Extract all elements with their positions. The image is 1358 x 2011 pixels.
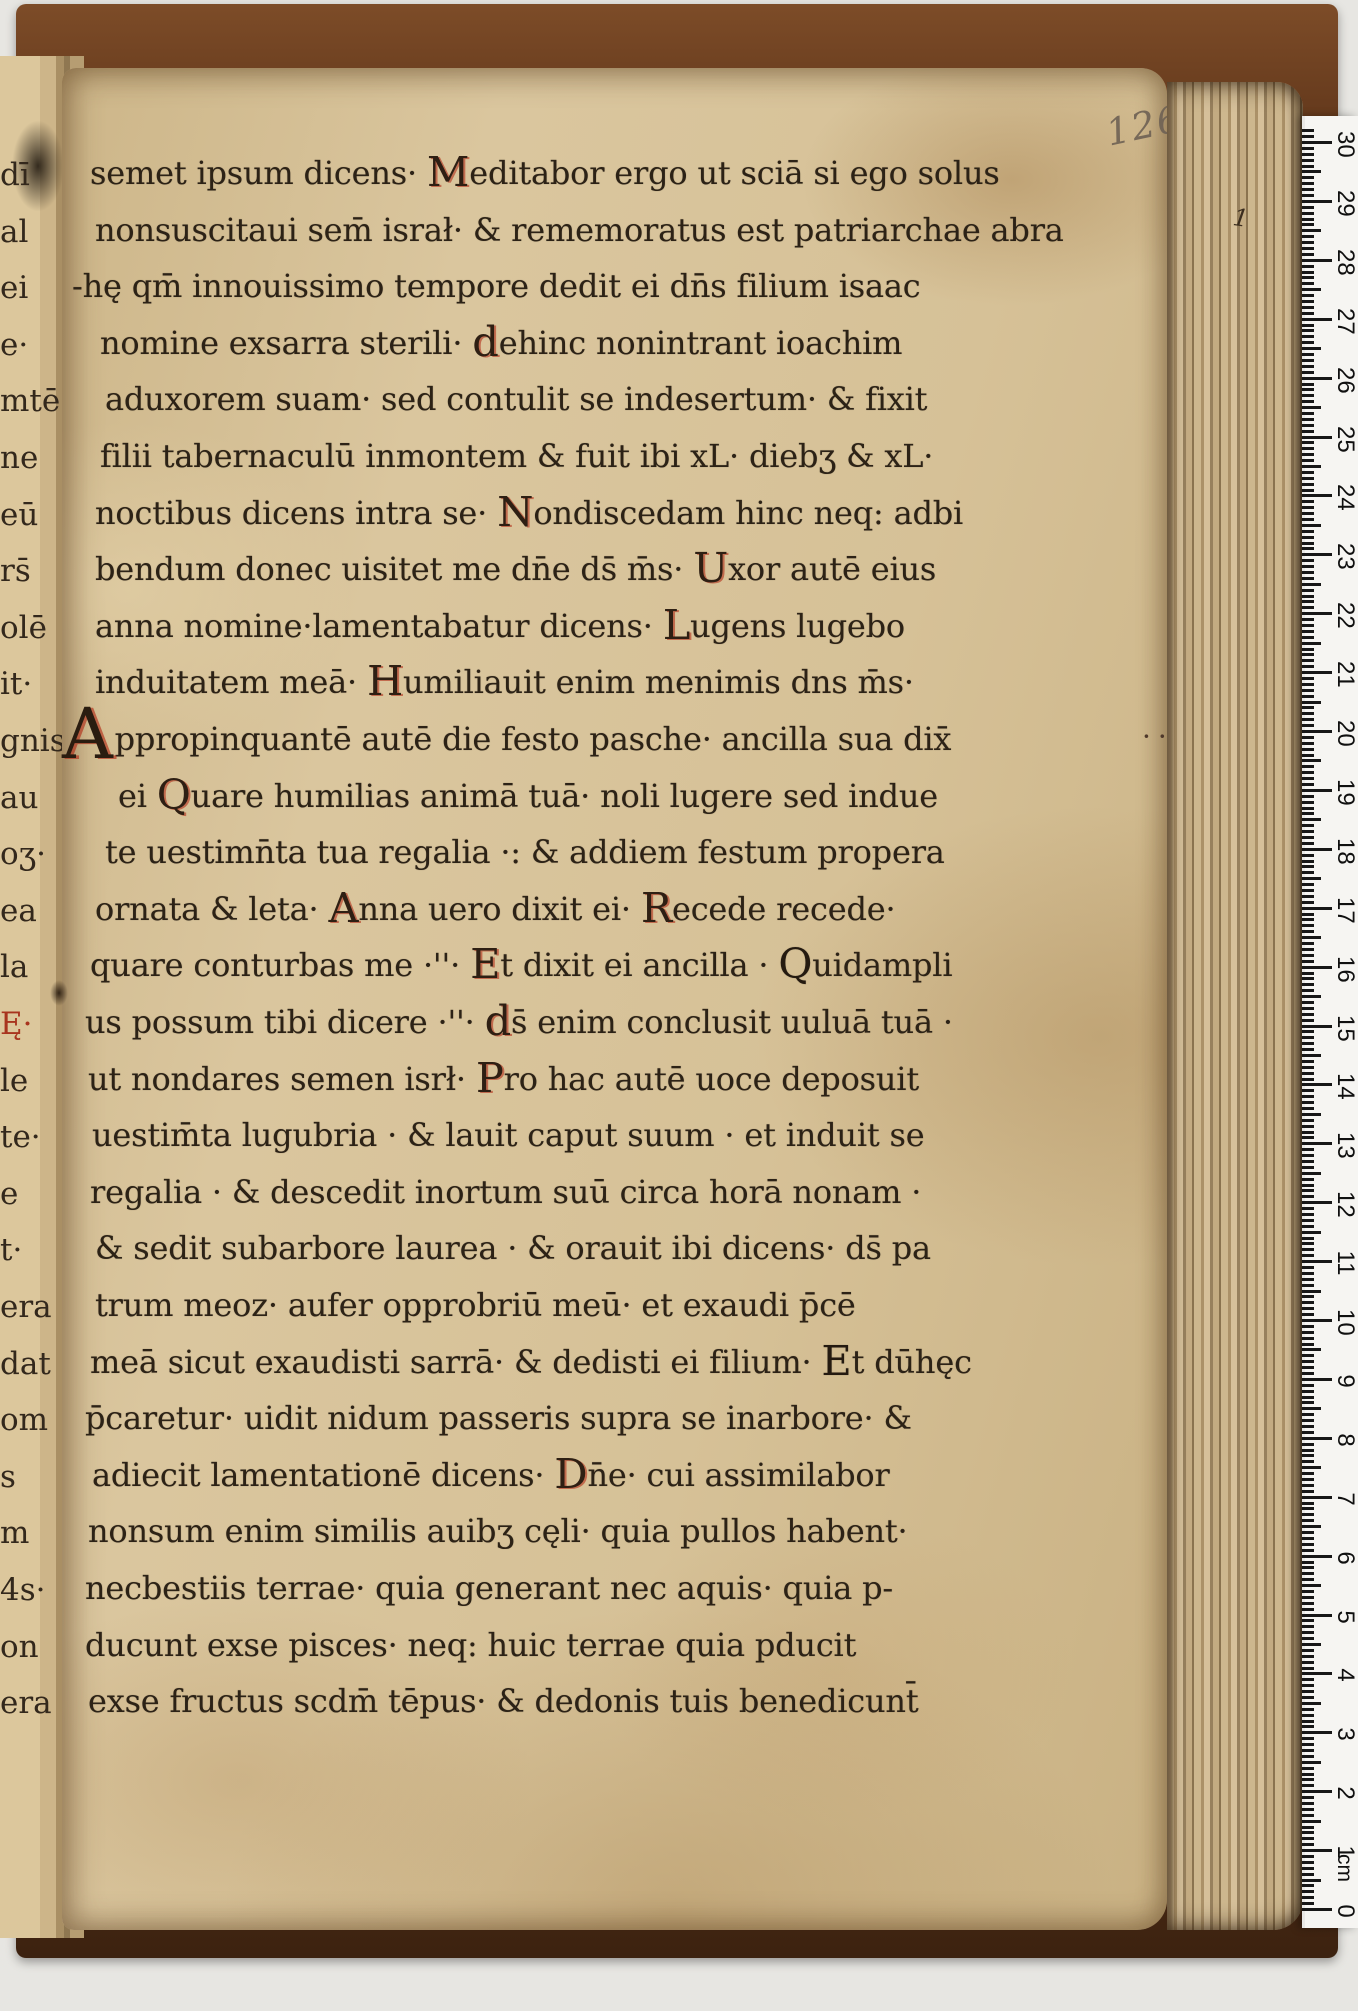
ruler-tick	[1302, 1720, 1314, 1723]
initial-letter: d	[485, 996, 511, 1045]
ruler-tick	[1302, 394, 1314, 397]
ruler-cm-label: 3	[1333, 1721, 1357, 1747]
ruler-tick	[1302, 170, 1321, 173]
ruler-tick	[1302, 1089, 1314, 1092]
manuscript-line: filii tabernaculū inmontem & fuit ibi xL…	[100, 433, 933, 489]
line-text: n̄e· cui assimilabor	[587, 1456, 889, 1494]
line-text: ondiscedam hinc neq: adbi	[533, 494, 963, 532]
ruler-tick	[1302, 1490, 1314, 1493]
ruler-tick	[1302, 1631, 1314, 1634]
edge-text-fragment: gnis	[0, 726, 48, 757]
ruler-tick	[1302, 1784, 1314, 1787]
ruler-tick	[1302, 1725, 1314, 1728]
ruler-tick	[1302, 1184, 1314, 1187]
ruler-tick	[1302, 1684, 1314, 1687]
ruler-tick	[1302, 1796, 1314, 1799]
ruler-tick	[1302, 1366, 1314, 1369]
ruler-tick	[1302, 1242, 1314, 1245]
ruler-tick	[1302, 536, 1314, 539]
ruler-tick	[1302, 1637, 1314, 1640]
ruler-cm-label: 17	[1333, 897, 1357, 923]
ruler-tick	[1302, 441, 1314, 444]
ruler-cm-label: 2	[1333, 1780, 1357, 1806]
ruler-tick	[1302, 1519, 1314, 1522]
ruler-tick	[1302, 430, 1314, 433]
ruler-tick	[1302, 1343, 1314, 1346]
manuscript-line: necbestiis terrae· quia generant nec aqu…	[85, 1565, 893, 1621]
ruler-tick	[1302, 1454, 1314, 1457]
manuscript-line: induitatem meā· Humiliauit enim menimis …	[95, 659, 914, 715]
ruler-tick	[1302, 1773, 1314, 1776]
ruler-tick	[1302, 371, 1314, 374]
ruler-tick	[1302, 1142, 1332, 1145]
ruler-cm-label: 16	[1333, 956, 1357, 982]
ruler-tick	[1302, 1443, 1314, 1446]
ruler-tick	[1302, 512, 1314, 515]
edge-text-fragment: era	[0, 1292, 48, 1323]
initial-letter: D	[554, 1449, 587, 1498]
ruler-tick	[1302, 1390, 1314, 1393]
ruler-tick	[1302, 1749, 1314, 1752]
ruler-tick	[1302, 612, 1332, 615]
ruler-cm-label: 0	[1333, 1898, 1357, 1924]
ruler-tick	[1302, 1808, 1314, 1811]
manuscript-line: semet ipsum dicens· Meditabor ergo ut sc…	[90, 150, 1000, 206]
edge-text-fragment: e·	[0, 330, 48, 361]
ruler-tick	[1302, 165, 1314, 168]
ruler-tick	[1302, 1360, 1314, 1363]
ruler-tick	[1302, 147, 1314, 150]
ruler-cm-label: 4	[1333, 1662, 1357, 1688]
initial-letter: Q	[157, 770, 191, 819]
ruler-tick	[1302, 329, 1314, 332]
manuscript-line: uestim̄ta lugubria · & lauit caput suum …	[92, 1112, 924, 1168]
ruler-tick	[1302, 865, 1314, 868]
initial-letter: R	[641, 883, 672, 932]
text-block: semet ipsum dicens· Meditabor ergo ut sc…	[62, 150, 1167, 1790]
ruler-tick	[1302, 1625, 1314, 1628]
ruler-tick	[1302, 1655, 1314, 1658]
ruler-tick	[1302, 1207, 1314, 1210]
ruler-cm-label: 21	[1333, 661, 1357, 687]
ruler-tick	[1302, 383, 1314, 386]
line-text: uare humilias animā tuā· noli lugere sed…	[191, 777, 938, 815]
manuscript-line: te uestimn̄ta tua regalia ·: & addiem fe…	[105, 829, 945, 885]
ruler-tick	[1302, 989, 1314, 992]
manuscript-line: noctibus dicens intra se· Nondiscedam hi…	[95, 490, 963, 546]
ruler-tick	[1302, 500, 1314, 503]
ruler-tick	[1302, 918, 1314, 921]
ruler-tick	[1302, 265, 1314, 268]
ruler-tick	[1302, 895, 1314, 898]
ruler-tick	[1302, 1549, 1314, 1552]
ruler-tick	[1302, 400, 1314, 403]
edge-text-fragment: oʒ·	[0, 839, 48, 870]
ruler-tick	[1302, 1584, 1321, 1587]
ruler-tick	[1302, 1284, 1314, 1287]
ruler-tick	[1302, 1855, 1314, 1858]
ruler-tick	[1302, 300, 1314, 303]
manuscript-line: quare conturbas me ·''· Et dixit ei anci…	[90, 942, 952, 998]
ruler-cm-label: 19	[1333, 779, 1357, 805]
ruler-tick	[1302, 1272, 1314, 1275]
edge-text-fragment: on	[0, 1632, 48, 1663]
ruler-tick	[1302, 1561, 1314, 1564]
ruler-tick	[1302, 1513, 1314, 1516]
line-text: editabor ergo ut sciā si ego solus	[469, 154, 999, 192]
line-text: meā sicut exaudisti sarrā· & dedisti ei …	[90, 1343, 821, 1381]
edge-text-fragment: era	[0, 1688, 48, 1719]
ruler-tick	[1302, 1178, 1314, 1181]
ruler-tick	[1302, 182, 1314, 185]
ruler-tick	[1302, 1496, 1332, 1499]
line-text: ppropinquantē autē die festo pasche· anc…	[115, 720, 952, 758]
ruler-tick	[1302, 1319, 1332, 1322]
edge-text-fragment: al	[0, 217, 48, 248]
ruler-tick	[1302, 471, 1314, 474]
ruler-tick	[1302, 653, 1314, 656]
ruler-tick	[1302, 553, 1332, 556]
manuscript-line: regalia · & descedit inortum suū circa h…	[90, 1169, 921, 1225]
ruler-tick	[1302, 1354, 1314, 1357]
ruler-tick	[1302, 759, 1321, 762]
ruler-tick	[1302, 1172, 1321, 1175]
ruler-tick	[1302, 1113, 1321, 1116]
ruler-tick	[1302, 1213, 1314, 1216]
ruler-tick	[1302, 701, 1321, 704]
manuscript-line: anna nomine·lamentabatur dicens· Lugens …	[95, 603, 905, 659]
manuscript-line: Appropinquantē autē die festo pasche· an…	[62, 716, 951, 772]
manuscript-line: adiecit lamentationē dicens· Dn̄e· cui a…	[92, 1452, 890, 1508]
ruler-tick	[1302, 712, 1314, 715]
ruler-tick	[1302, 1849, 1332, 1852]
edge-text-fragment: olē	[0, 613, 48, 644]
edge-text-fragment: ea	[0, 896, 48, 927]
ruler-tick	[1302, 188, 1314, 191]
ruler-tick	[1302, 1013, 1314, 1016]
ruler-tick	[1302, 1078, 1314, 1081]
ruler-tick	[1302, 1767, 1314, 1770]
ruler-tick	[1302, 659, 1314, 662]
ruler-tick	[1302, 223, 1314, 226]
line-text: s̄ enim conclusit uuluā tuā ·	[511, 1003, 953, 1041]
edge-text-fragment: la	[0, 952, 48, 983]
ruler-tick	[1302, 1237, 1314, 1240]
ruler-tick	[1302, 1030, 1314, 1033]
ruler-tick	[1302, 724, 1314, 727]
line-text: te uestimn̄ta tua regalia ·: & addiem fe…	[105, 833, 945, 871]
ruler-tick	[1302, 930, 1314, 933]
ruler-tick	[1302, 347, 1321, 350]
edge-text-fragment: dī	[0, 160, 48, 191]
manuscript-line: nomine exsarra sterili· dehinc nonintran…	[100, 320, 902, 376]
ruler-tick	[1302, 1731, 1332, 1734]
manuscript-line: us possum tibi dicere ·''· ds̄ enim conc…	[85, 999, 953, 1055]
ruler-tick	[1302, 1407, 1321, 1410]
ruler-tick	[1302, 477, 1314, 480]
initial-letter: E	[470, 939, 500, 988]
ruler-unit-label: cm	[1332, 1854, 1356, 1880]
ruler-tick	[1302, 565, 1314, 568]
ruler-tick	[1302, 1890, 1314, 1893]
line-text: filii tabernaculū inmontem & fuit ibi xL…	[100, 437, 933, 475]
ruler-tick	[1302, 1708, 1314, 1711]
edge-text-fragment: dat	[0, 1349, 48, 1380]
line-text: ro hac autē uoce deposuit	[504, 1060, 919, 1098]
ruler-tick	[1302, 812, 1314, 815]
ruler-tick	[1302, 176, 1314, 179]
line-text: uestim̄ta lugubria · & lauit caput suum …	[92, 1116, 924, 1154]
line-text: & sedit subarbore laurea · & orauit ibi …	[95, 1229, 931, 1267]
ruler-tick	[1302, 1083, 1332, 1086]
ruler-tick	[1302, 636, 1314, 639]
ruler-tick	[1302, 1007, 1314, 1010]
manuscript-line: trum meoz· aufer opprobriū meū· et exaud…	[95, 1282, 856, 1338]
ruler-tick	[1302, 765, 1314, 768]
ruler-tick	[1302, 1419, 1314, 1422]
ruler-tick	[1302, 1672, 1332, 1675]
page-stack-fore-edge: 1	[1167, 82, 1303, 1930]
ruler-tick	[1302, 1231, 1321, 1234]
manuscript-line: ornata & leta· Anna uero dixit ei· Reced…	[95, 886, 895, 942]
ruler-tick	[1302, 341, 1314, 344]
line-text: necbestiis terrae· quia generant nec aqu…	[85, 1569, 893, 1607]
ruler-tick	[1302, 1337, 1314, 1340]
ruler-tick	[1302, 1048, 1314, 1051]
ruler-tick	[1302, 412, 1314, 415]
ruler-cm-label: 27	[1333, 308, 1357, 334]
ruler-tick	[1302, 1125, 1314, 1128]
manuscript-line: nonsum enim similis auibʒ cęli· quia pul…	[88, 1508, 908, 1564]
ruler-tick	[1302, 942, 1314, 945]
ruler-tick	[1302, 1484, 1314, 1487]
ruler-cm-label: 11	[1333, 1250, 1357, 1276]
manuscript-line: -hę qm̄ innouissimo tempore dedit ei dn̄…	[72, 263, 920, 319]
manuscript-line: nonsuscitaui sem̄ israł· & rememoratus e…	[95, 207, 1064, 263]
ruler-tick	[1302, 1119, 1314, 1122]
ruler-tick	[1302, 1378, 1332, 1381]
ruler-tick	[1302, 901, 1314, 904]
ruler-cm-label: 30	[1333, 131, 1357, 157]
ruler-tick	[1302, 736, 1314, 739]
ruler-tick	[1302, 1596, 1314, 1599]
ruler-cm-label: 13	[1333, 1132, 1357, 1158]
ruler-tick	[1302, 1555, 1332, 1558]
ruler-tick	[1302, 1614, 1332, 1617]
ruler-tick	[1302, 1348, 1321, 1351]
ruler-tick	[1302, 1507, 1314, 1510]
line-text: ducunt exse pisces· neq: huic terrae qui…	[85, 1626, 856, 1664]
ruler-tick	[1302, 907, 1332, 910]
ruler-tick	[1302, 683, 1314, 686]
edge-text-fragment: au	[0, 783, 48, 814]
ruler-tick	[1302, 642, 1321, 645]
ruler-tick	[1302, 972, 1314, 975]
ruler-tick	[1302, 977, 1314, 980]
ruler-tick	[1302, 1019, 1314, 1022]
ruler-tick	[1302, 571, 1314, 574]
ruler-tick	[1302, 1790, 1332, 1793]
edge-text-fragment: te·	[0, 1122, 48, 1153]
ruler-tick	[1302, 936, 1321, 939]
line-text: uidampli	[812, 946, 952, 984]
ruler-tick	[1302, 577, 1314, 580]
initial-letter: d	[472, 317, 498, 366]
ruler-tick	[1302, 1525, 1321, 1528]
ruler-tick	[1302, 1802, 1314, 1805]
line-text: aduxorem suam· sed contulit se indesertu…	[105, 380, 927, 418]
ruler-tick	[1302, 1313, 1314, 1316]
ruler-cm-label: 18	[1333, 838, 1357, 864]
ruler-tick	[1302, 453, 1314, 456]
ruler-tick	[1302, 424, 1314, 427]
ruler-tick	[1302, 418, 1314, 421]
ruler-tick	[1302, 871, 1314, 874]
ruler: 0123456789101112131415161718192021222324…	[1302, 116, 1358, 1928]
ruler-tick	[1302, 1066, 1314, 1069]
ruler-tick	[1302, 1154, 1314, 1157]
ruler-tick	[1302, 1578, 1314, 1581]
ruler-tick	[1302, 1590, 1314, 1593]
ruler-tick	[1302, 854, 1314, 857]
ruler-tick	[1302, 818, 1321, 821]
ruler-tick	[1302, 247, 1314, 250]
ruler-tick	[1302, 1278, 1314, 1281]
initial-letter: A	[328, 883, 358, 932]
ruler-tick	[1302, 318, 1332, 321]
ruler-tick	[1302, 524, 1321, 527]
ruler-tick	[1302, 966, 1332, 969]
ruler-tick	[1302, 1148, 1314, 1151]
ruler-tick	[1302, 353, 1314, 356]
ruler-tick	[1302, 1160, 1314, 1163]
ruler-tick	[1302, 1737, 1314, 1740]
manuscript-line: aduxorem suam· sed contulit se indesertu…	[105, 376, 927, 432]
ruler-tick	[1302, 518, 1314, 521]
ruler-tick	[1302, 1295, 1314, 1298]
edge-mark: 1	[1231, 203, 1250, 233]
ruler-tick	[1302, 783, 1314, 786]
edge-text-fragment: rs̄	[0, 556, 48, 587]
ruler-tick	[1302, 748, 1314, 751]
ruler-tick	[1302, 1325, 1314, 1328]
ruler-tick	[1302, 877, 1321, 880]
line-text: nomine exsarra sterili·	[100, 324, 472, 362]
edge-text-fragment: ei	[0, 273, 48, 304]
ruler-tick	[1302, 777, 1314, 780]
ruler-tick	[1302, 1396, 1314, 1399]
ruler-tick	[1302, 271, 1314, 274]
initial-letter: N	[497, 487, 533, 536]
ruler-tick	[1302, 324, 1314, 327]
ruler-tick	[1302, 1843, 1314, 1846]
ruler-tick	[1302, 1449, 1314, 1452]
ruler-tick	[1302, 159, 1314, 162]
ruler-tick	[1302, 530, 1314, 533]
ruler-tick	[1302, 1755, 1314, 1758]
ruler-cm-label: 24	[1333, 484, 1357, 510]
ruler-tick	[1302, 630, 1314, 633]
line-text: -hę qm̄ innouissimo tempore dedit ei dn̄…	[72, 267, 920, 305]
edge-text-fragment: ne	[0, 443, 48, 474]
line-text: ut nondares semen isrł·	[88, 1060, 476, 1098]
ruler-tick	[1302, 795, 1314, 798]
ruler-tick	[1302, 1384, 1314, 1387]
ruler-tick	[1302, 842, 1314, 845]
line-text: exse fructus scdm̄ tēpus· & dedonis tuis…	[88, 1682, 919, 1720]
line-text: nonsuscitaui sem̄ israł· & rememoratus e…	[95, 211, 1064, 249]
ruler-tick	[1302, 489, 1314, 492]
ruler-cm-label: 15	[1333, 1015, 1357, 1041]
ruler-tick	[1302, 1225, 1314, 1228]
ruler-tick	[1302, 259, 1332, 262]
ruler-tick	[1302, 1095, 1314, 1098]
ruler-tick	[1302, 754, 1314, 757]
manuscript-line: bendum donec uisitet me dn̄e ds̄ m̄s· Ux…	[95, 546, 936, 602]
ruler-tick	[1302, 1678, 1314, 1681]
ruler-cm-label: 7	[1333, 1486, 1357, 1512]
ruler-tick	[1302, 1661, 1314, 1664]
ruler-cm-label: 9	[1333, 1368, 1357, 1394]
ruler-cm-label: 6	[1333, 1545, 1357, 1571]
ruler-tick	[1302, 1667, 1314, 1670]
ruler-tick	[1302, 1867, 1314, 1870]
line-text: umiliauit enim menimis dns m̄s·	[403, 663, 914, 701]
ruler-tick	[1302, 689, 1314, 692]
ruler-tick	[1302, 1820, 1321, 1823]
ruler-tick	[1302, 824, 1314, 827]
ruler-tick	[1302, 212, 1314, 215]
ruler-tick	[1302, 618, 1314, 621]
ruler-tick	[1302, 1254, 1314, 1257]
line-text: ei	[118, 777, 157, 815]
ruler-tick	[1302, 848, 1332, 851]
ruler-tick	[1302, 1036, 1314, 1039]
ruler-tick	[1302, 447, 1314, 450]
ruler-tick	[1302, 229, 1321, 232]
edge-text-fragment: t·	[0, 1235, 48, 1266]
ruler-tick	[1302, 1572, 1314, 1575]
line-text: p̄caretur· uidit nidum passeris supra se…	[85, 1399, 912, 1437]
ruler-tick	[1302, 771, 1314, 774]
ruler-tick	[1302, 801, 1314, 804]
manuscript-line: ut nondares semen isrł· Pro hac autē uoc…	[88, 1056, 919, 1112]
edge-text-fragment: mtē	[0, 386, 48, 417]
ruler-cm-label: 26	[1333, 367, 1357, 393]
ruler-tick	[1302, 954, 1314, 957]
ruler-tick	[1302, 335, 1314, 338]
ruler-cm-label: 5	[1333, 1604, 1357, 1630]
ruler-tick	[1302, 718, 1314, 721]
ruler-tick	[1302, 665, 1314, 668]
ruler-tick	[1302, 1649, 1314, 1652]
ruler-tick	[1302, 1219, 1314, 1222]
ruler-tick	[1302, 1301, 1314, 1304]
ruler-tick	[1302, 294, 1314, 297]
ruler-tick	[1302, 730, 1332, 733]
ruler-tick	[1302, 282, 1314, 285]
edge-text-fragment: eū	[0, 500, 48, 531]
line-text: semet ipsum dicens·	[90, 154, 427, 192]
ruler-tick	[1302, 948, 1314, 951]
ruler-tick	[1302, 406, 1321, 409]
ruler-tick	[1302, 1566, 1314, 1569]
manuscript-line: ducunt exse pisces· neq: huic terrae qui…	[85, 1622, 856, 1678]
ruler-tick	[1302, 1101, 1314, 1104]
ruler-tick	[1302, 677, 1314, 680]
ruler-tick	[1302, 742, 1314, 745]
ruler-tick	[1302, 276, 1314, 279]
